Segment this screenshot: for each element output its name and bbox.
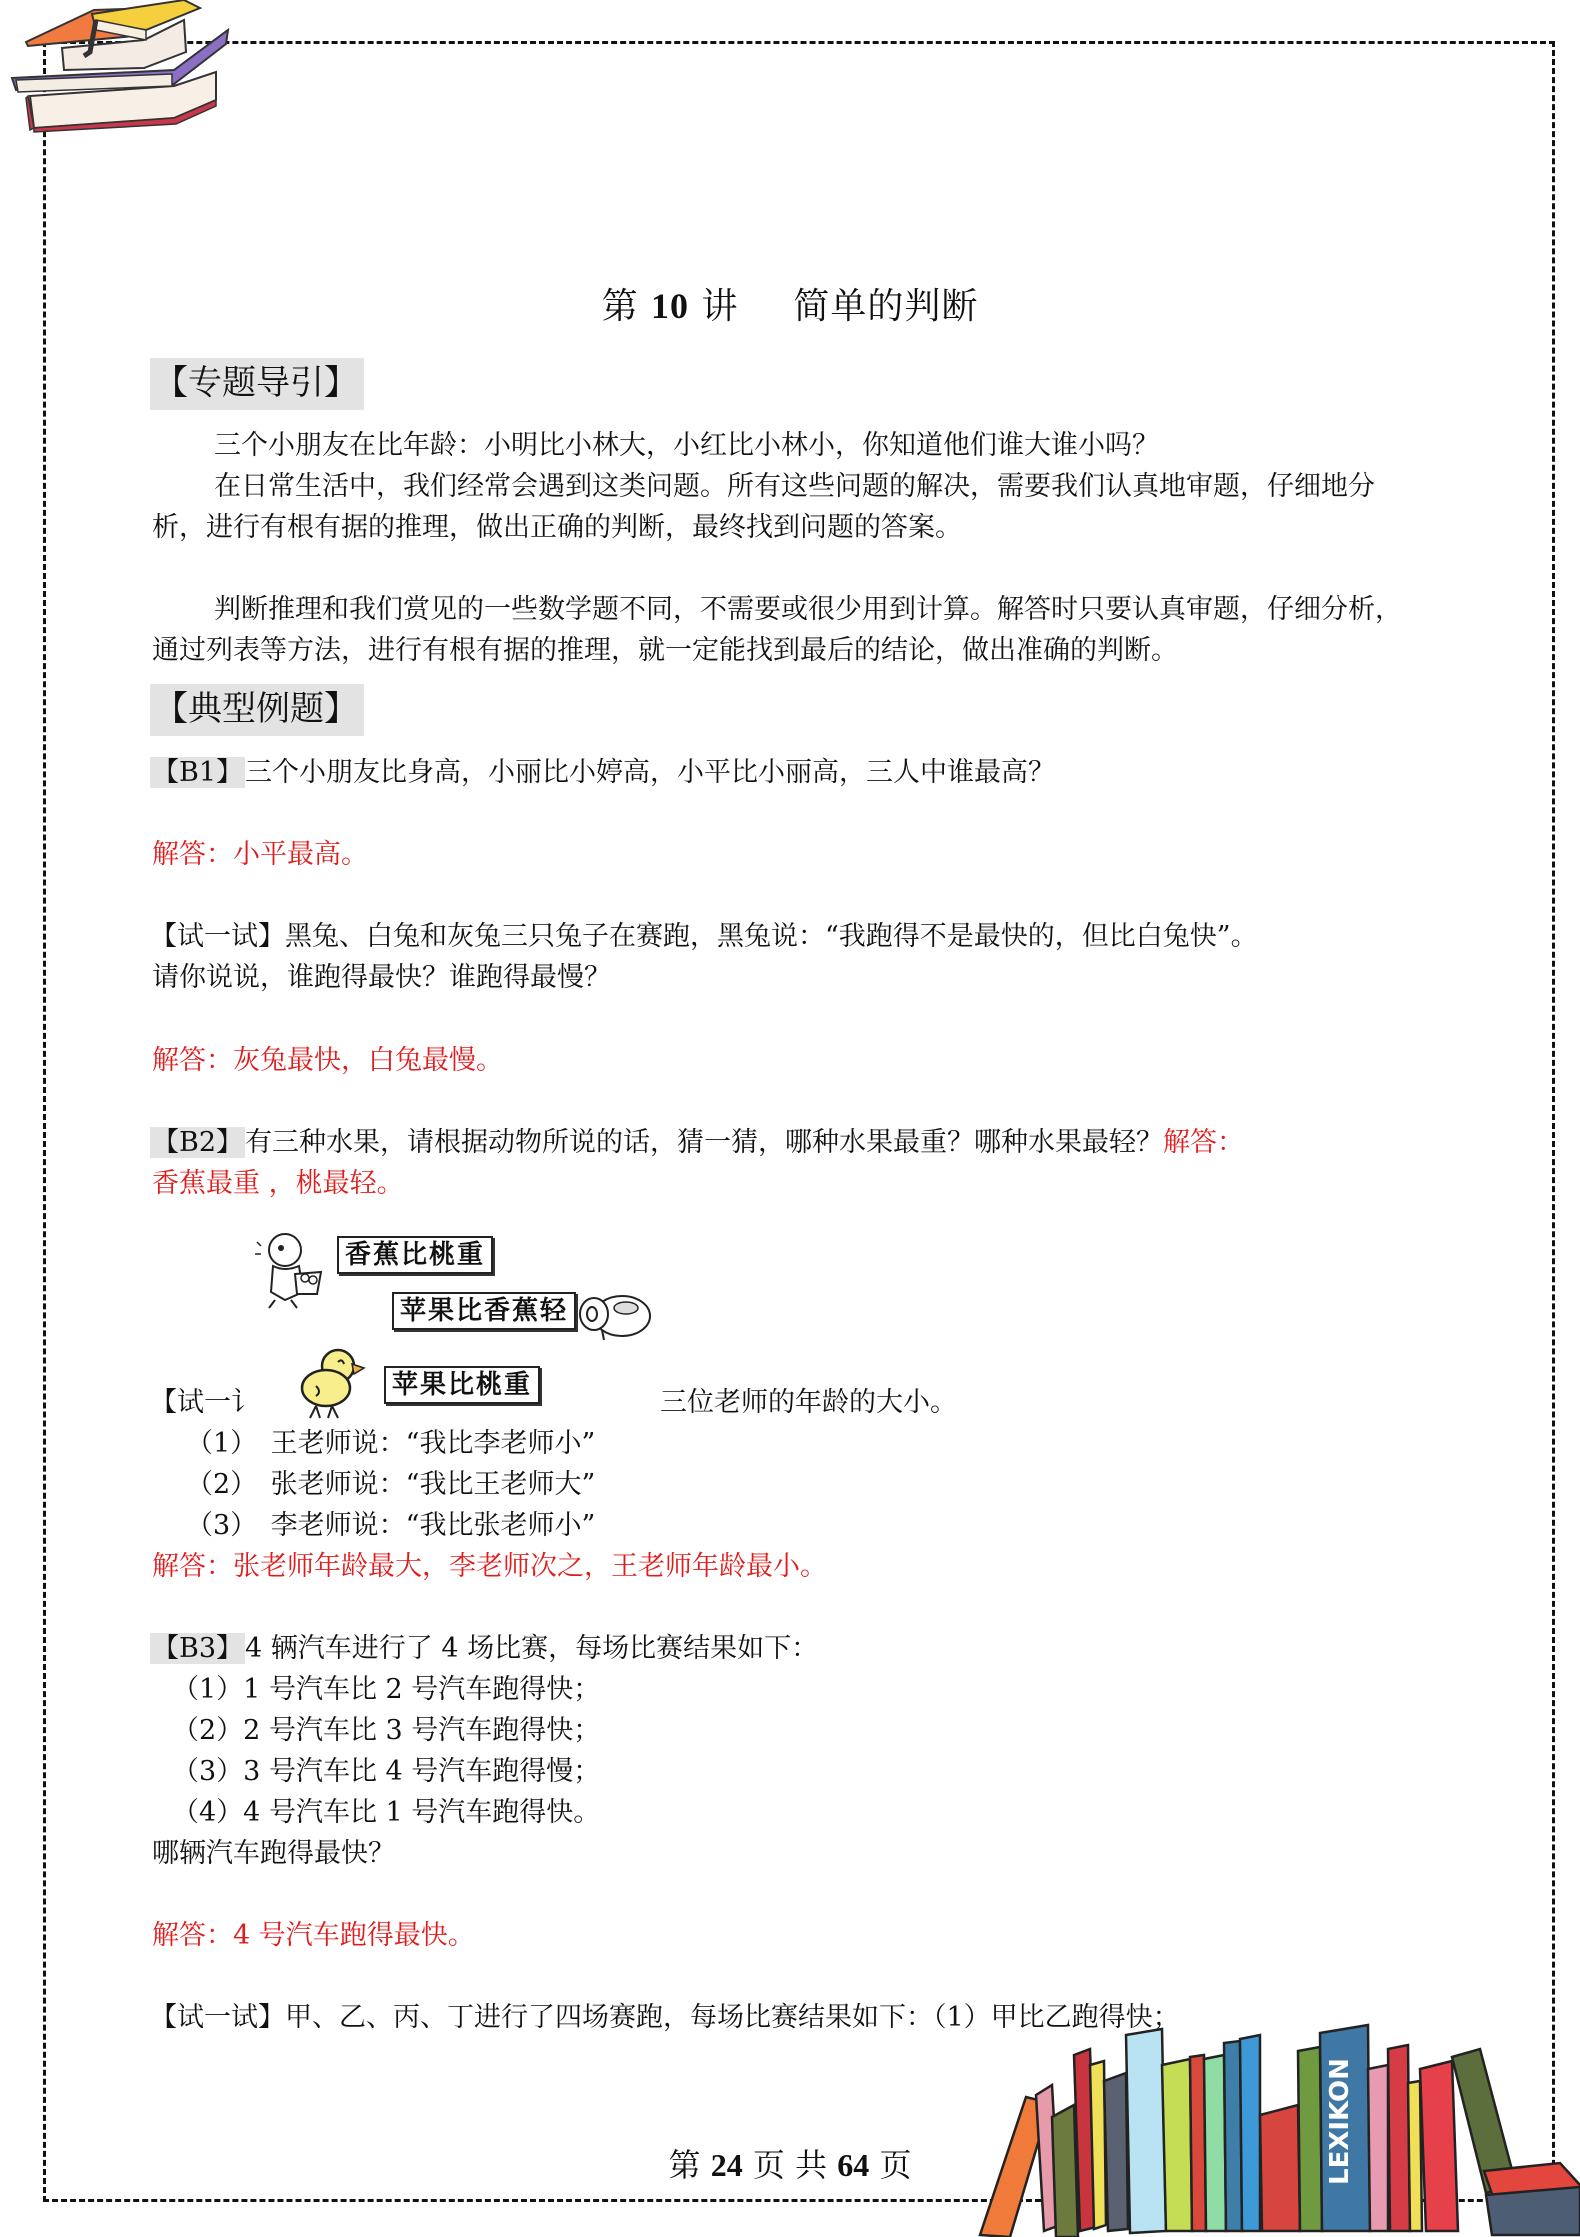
try2-item-1: （1） 王老师说：“我比李老师小”	[186, 1423, 595, 1464]
lecture-topic: 简单的判断	[793, 286, 978, 327]
intro-paragraph-3: 判断推理和我们赏见的一些数学题不同，不需要或很少用到计算。解答时只要认真审题，仔…	[152, 589, 1428, 671]
example-b1: 【B1】三个小朋友比身高，小丽比小婷高，小平比小丽高，三人中谁最高？	[150, 752, 1055, 793]
example-b1-answer: 解答：小平最高。	[152, 834, 368, 875]
try2-item-3: （3） 李老师说：“我比张老师小”	[186, 1505, 595, 1546]
title-suffix: 讲	[701, 286, 738, 327]
example-b1-question: 三个小朋友比身高，小丽比小婷高，小平比小丽高，三人中谁最高？	[245, 757, 1055, 788]
b3-item-3: （3）3 号汽车比 4 号汽车跑得慢；	[172, 1751, 600, 1792]
book-stack-icon	[4, 0, 234, 140]
b3-item-1: （1）1 号汽车比 2 号汽车跑得快；	[172, 1669, 600, 1710]
footer-mid: 页 共	[753, 2146, 827, 2184]
try1-answer: 解答：灰兔最快，白兔最慢。	[152, 1040, 503, 1081]
intro-paragraph-2: 在日常生活中，我们经常会遇到这类问题。所有这些问题的解决，需要我们认真地审题，仔…	[152, 466, 1428, 548]
current-page-number: 24	[711, 2147, 743, 2183]
lexikon-label: LEXIKON	[1325, 2058, 1355, 2185]
speech-bubble-monkey: 香蕉比桃重	[337, 1236, 493, 1274]
b3-item-2: （2）2 号汽车比 3 号汽车跑得快；	[172, 1710, 600, 1751]
try2-item-2: （2） 张老师说：“我比王老师大”	[186, 1464, 595, 1505]
title-prefix: 第	[602, 286, 639, 327]
b3-item-4: （4）4 号汽车比 1 号汽车跑得快。	[172, 1792, 600, 1833]
try2-answer: 解答：张老师年龄最大，李老师次之，王老师年龄最小。	[152, 1546, 827, 1587]
speech-bubble-chick: 苹果比桃重	[384, 1366, 540, 1404]
b3-answer: 解答：4 号汽车跑得最快。	[152, 1915, 475, 1956]
footer-suffix: 页	[879, 2146, 911, 2184]
example-b2-answer-label: 解答：	[1163, 1127, 1244, 1158]
section-header-intro: 【专题导引】	[150, 358, 364, 410]
rabbit-icon	[576, 1290, 656, 1342]
monkey-icon	[255, 1228, 335, 1310]
section-header-examples: 【典型例题】	[150, 684, 364, 736]
b3-prompt: 哪辆汽车跑得最快？	[152, 1833, 395, 1874]
try1-question: 黑兔、白兔和灰兔三只兔子在赛跑，黑兔说：“我跑得不是最快的，但比白兔快”。	[285, 921, 1258, 952]
example-b3: 【B3】4 辆汽车进行了 4 场比赛，每场比赛结果如下：	[150, 1628, 818, 1669]
try1-line2: 请你说说，谁跑得最快？谁跑得最慢？	[152, 957, 611, 998]
chick-icon	[292, 1346, 372, 1420]
try1-tag: 【试一试】	[150, 921, 285, 952]
lecture-title: 第 10 讲 简单的判断	[0, 278, 1580, 329]
intro-paragraph-1: 三个小朋友在比年龄：小明比小林大，小红比小林小，你知道他们谁大谁小吗？	[152, 425, 1428, 466]
example-tag-b3: 【B3】	[150, 1633, 245, 1664]
example-b2-question: 有三种水果，请根据动物所说的话，猜一猜，哪种水果最重？哪种水果最轻？	[245, 1127, 1163, 1158]
lecture-number: 10	[651, 286, 689, 326]
total-page-number: 64	[837, 2147, 869, 2183]
example-tag-b1: 【B1】	[150, 757, 245, 788]
bookshelf-icon: LEXIKON	[940, 1985, 1580, 2237]
example-b3-question: 4 辆汽车进行了 4 场比赛，每场比赛结果如下：	[245, 1633, 818, 1664]
try1-line1: 【试一试】黑兔、白兔和灰兔三只兔子在赛跑，黑兔说：“我跑得不是最快的，但比白兔快…	[150, 916, 1258, 957]
try2-question-tail: 三位老师的年龄的大小。	[660, 1382, 957, 1423]
try3-tag: 【试一试】	[150, 2002, 285, 2033]
example-b2: 【B2】有三种水果，请根据动物所说的话，猜一猜，哪种水果最重？哪种水果最轻？解答…	[150, 1122, 1244, 1163]
speech-bubble-rabbit: 苹果比香蕉轻	[392, 1292, 576, 1330]
footer-prefix: 第	[669, 2146, 701, 2184]
example-b2-answer: 香蕉最重 ，桃最轻。	[152, 1163, 404, 1204]
example-tag-b2: 【B2】	[150, 1127, 245, 1158]
try2-tag-partial: 【试一讠	[150, 1382, 258, 1423]
